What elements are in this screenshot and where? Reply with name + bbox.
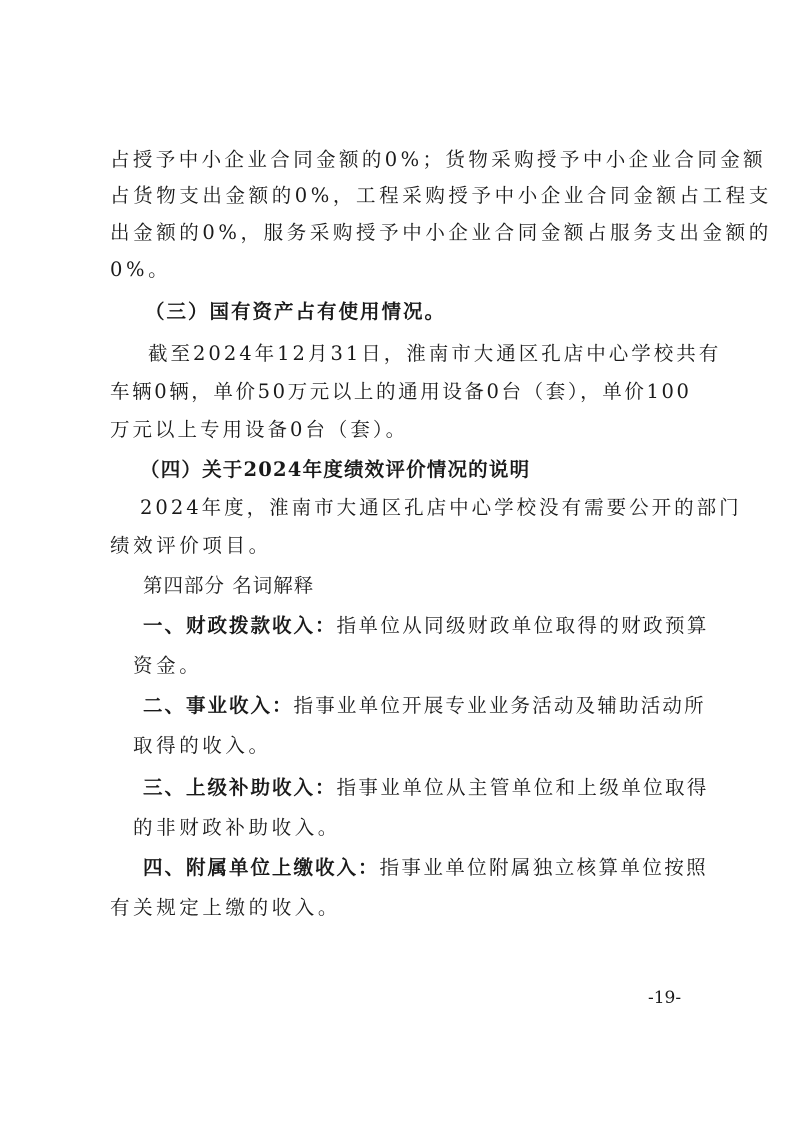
section-heading: （三）国有资产占有使用情况。 bbox=[145, 300, 446, 324]
term-definition: 三、上级补助收入：指事业单位从主管单位和上级单位取得 bbox=[143, 776, 709, 800]
paragraph-line: 2024年度，淮南市大通区孔店中心学校没有需要公开的部门 bbox=[140, 496, 742, 520]
paragraph-line: 截至2024年12月31日，淮南市大通区孔店中心学校共有 bbox=[148, 342, 721, 366]
paragraph-line: 出金额的0%，服务采购授予中小企业合同金额占服务支出金额的 bbox=[110, 221, 772, 245]
paragraph-line: 的非财政补助收入。 bbox=[133, 816, 341, 840]
page-number: -19- bbox=[648, 988, 681, 1008]
term-definition: 二、事业收入：指事业单位开展专业业务活动及辅助活动所 bbox=[143, 694, 706, 718]
paragraph-line: 绩效评价项目。 bbox=[110, 534, 272, 558]
paragraph-line: 资金。 bbox=[133, 654, 202, 678]
part-heading: 第四部分 名词解释 bbox=[143, 574, 314, 598]
term-text: 指单位从同级财政单位取得的财政预算 bbox=[337, 614, 709, 637]
term-label: 二、事业收入： bbox=[143, 694, 294, 717]
term-text: 指事业单位从主管单位和上级单位取得 bbox=[337, 776, 709, 799]
paragraph-line: 有关规定上缴的收入。 bbox=[110, 896, 341, 920]
paragraph-line: 占授予中小企业合同金额的0%；货物采购授予中小企业合同金额 bbox=[110, 148, 766, 172]
term-text: 指事业单位附属独立核算单位按照 bbox=[380, 856, 709, 879]
paragraph-line: 占货物支出金额的0%，工程采购授予中小企业合同金额占工程支 bbox=[110, 184, 772, 208]
term-text: 指事业单位开展专业业务活动及辅助活动所 bbox=[294, 694, 706, 717]
paragraph-line: 0%。 bbox=[110, 258, 171, 282]
paragraph-line: 取得的收入。 bbox=[133, 734, 272, 758]
term-definition: 四、附属单位上缴收入：指事业单位附属独立核算单位按照 bbox=[143, 856, 708, 880]
section-heading: （四）关于2024年度绩效评价情况的说明 bbox=[140, 458, 530, 482]
term-label: 三、上级补助收入： bbox=[143, 776, 337, 799]
term-label: 四、附属单位上缴收入： bbox=[143, 856, 380, 879]
term-definition: 一、财政拨款收入：指单位从同级财政单位取得的财政预算 bbox=[143, 614, 709, 638]
paragraph-line: 车辆0辆，单价50万元以上的通用设备0台（套），单价100 bbox=[110, 380, 692, 404]
term-label: 一、财政拨款收入： bbox=[143, 614, 337, 637]
paragraph-line: 万元以上专用设备0台（套）。 bbox=[110, 418, 408, 442]
